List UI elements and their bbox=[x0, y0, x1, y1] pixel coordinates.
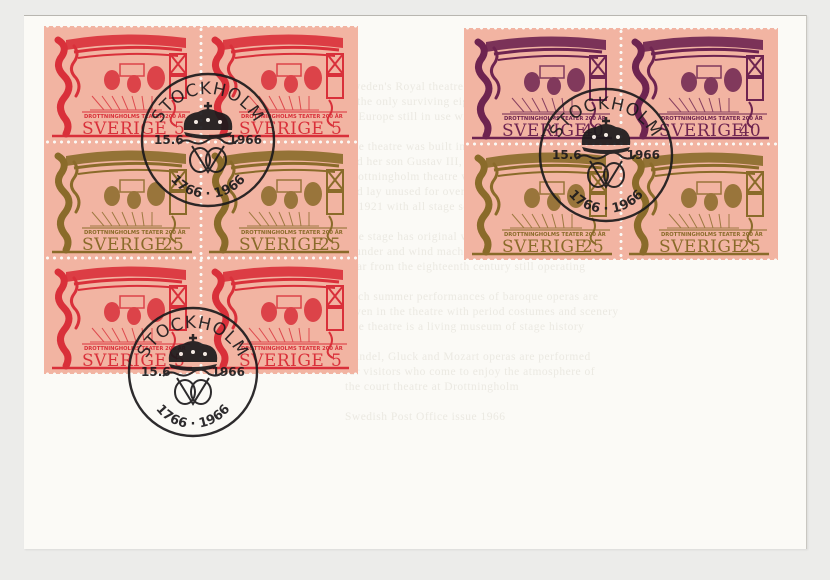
stamp: DROTTNINGHOLMS TEATER 200 ÅR SVERIGE 25 bbox=[464, 144, 621, 260]
stamp: DROTTNINGHOLMS TEATER 200 ÅR SVERIGE 5 bbox=[201, 258, 358, 374]
stamp: DROTTNINGHOLMS TEATER 200 ÅR SVERIGE 25 bbox=[621, 144, 778, 260]
perforation bbox=[199, 26, 203, 374]
stamp: DROTTNINGHOLMS TEATER 200 ÅR SVERIGE 25 bbox=[201, 142, 358, 258]
stamp: DROTTNINGHOLMS TEATER 200 ÅR SVERIGE 25 bbox=[44, 142, 201, 258]
stamp: DROTTNINGHOLMS TEATER 200 ÅR SVERIGE 5 bbox=[201, 26, 358, 142]
perforation bbox=[619, 28, 623, 260]
right-stamp-block: DROTTNINGHOLMS TEATER 200 ÅR SVERIGE 40 bbox=[464, 28, 781, 260]
left-stamp-block: DROTTNINGHOLMS TEATER 200 ÅR SVERIGE 5 bbox=[44, 26, 358, 374]
stamp: DROTTNINGHOLMS TEATER 200 ÅR SVERIGE 5 bbox=[44, 26, 201, 142]
stamp: DROTTNINGHOLMS TEATER 200 ÅR SVERIGE 5 bbox=[44, 258, 201, 374]
stamp: DROTTNINGHOLMS TEATER 200 ÅR SVERIGE 40 bbox=[464, 28, 621, 144]
stamp: DROTTNINGHOLMS TEATER 200 ÅR SVERIGE 40 bbox=[621, 28, 778, 144]
